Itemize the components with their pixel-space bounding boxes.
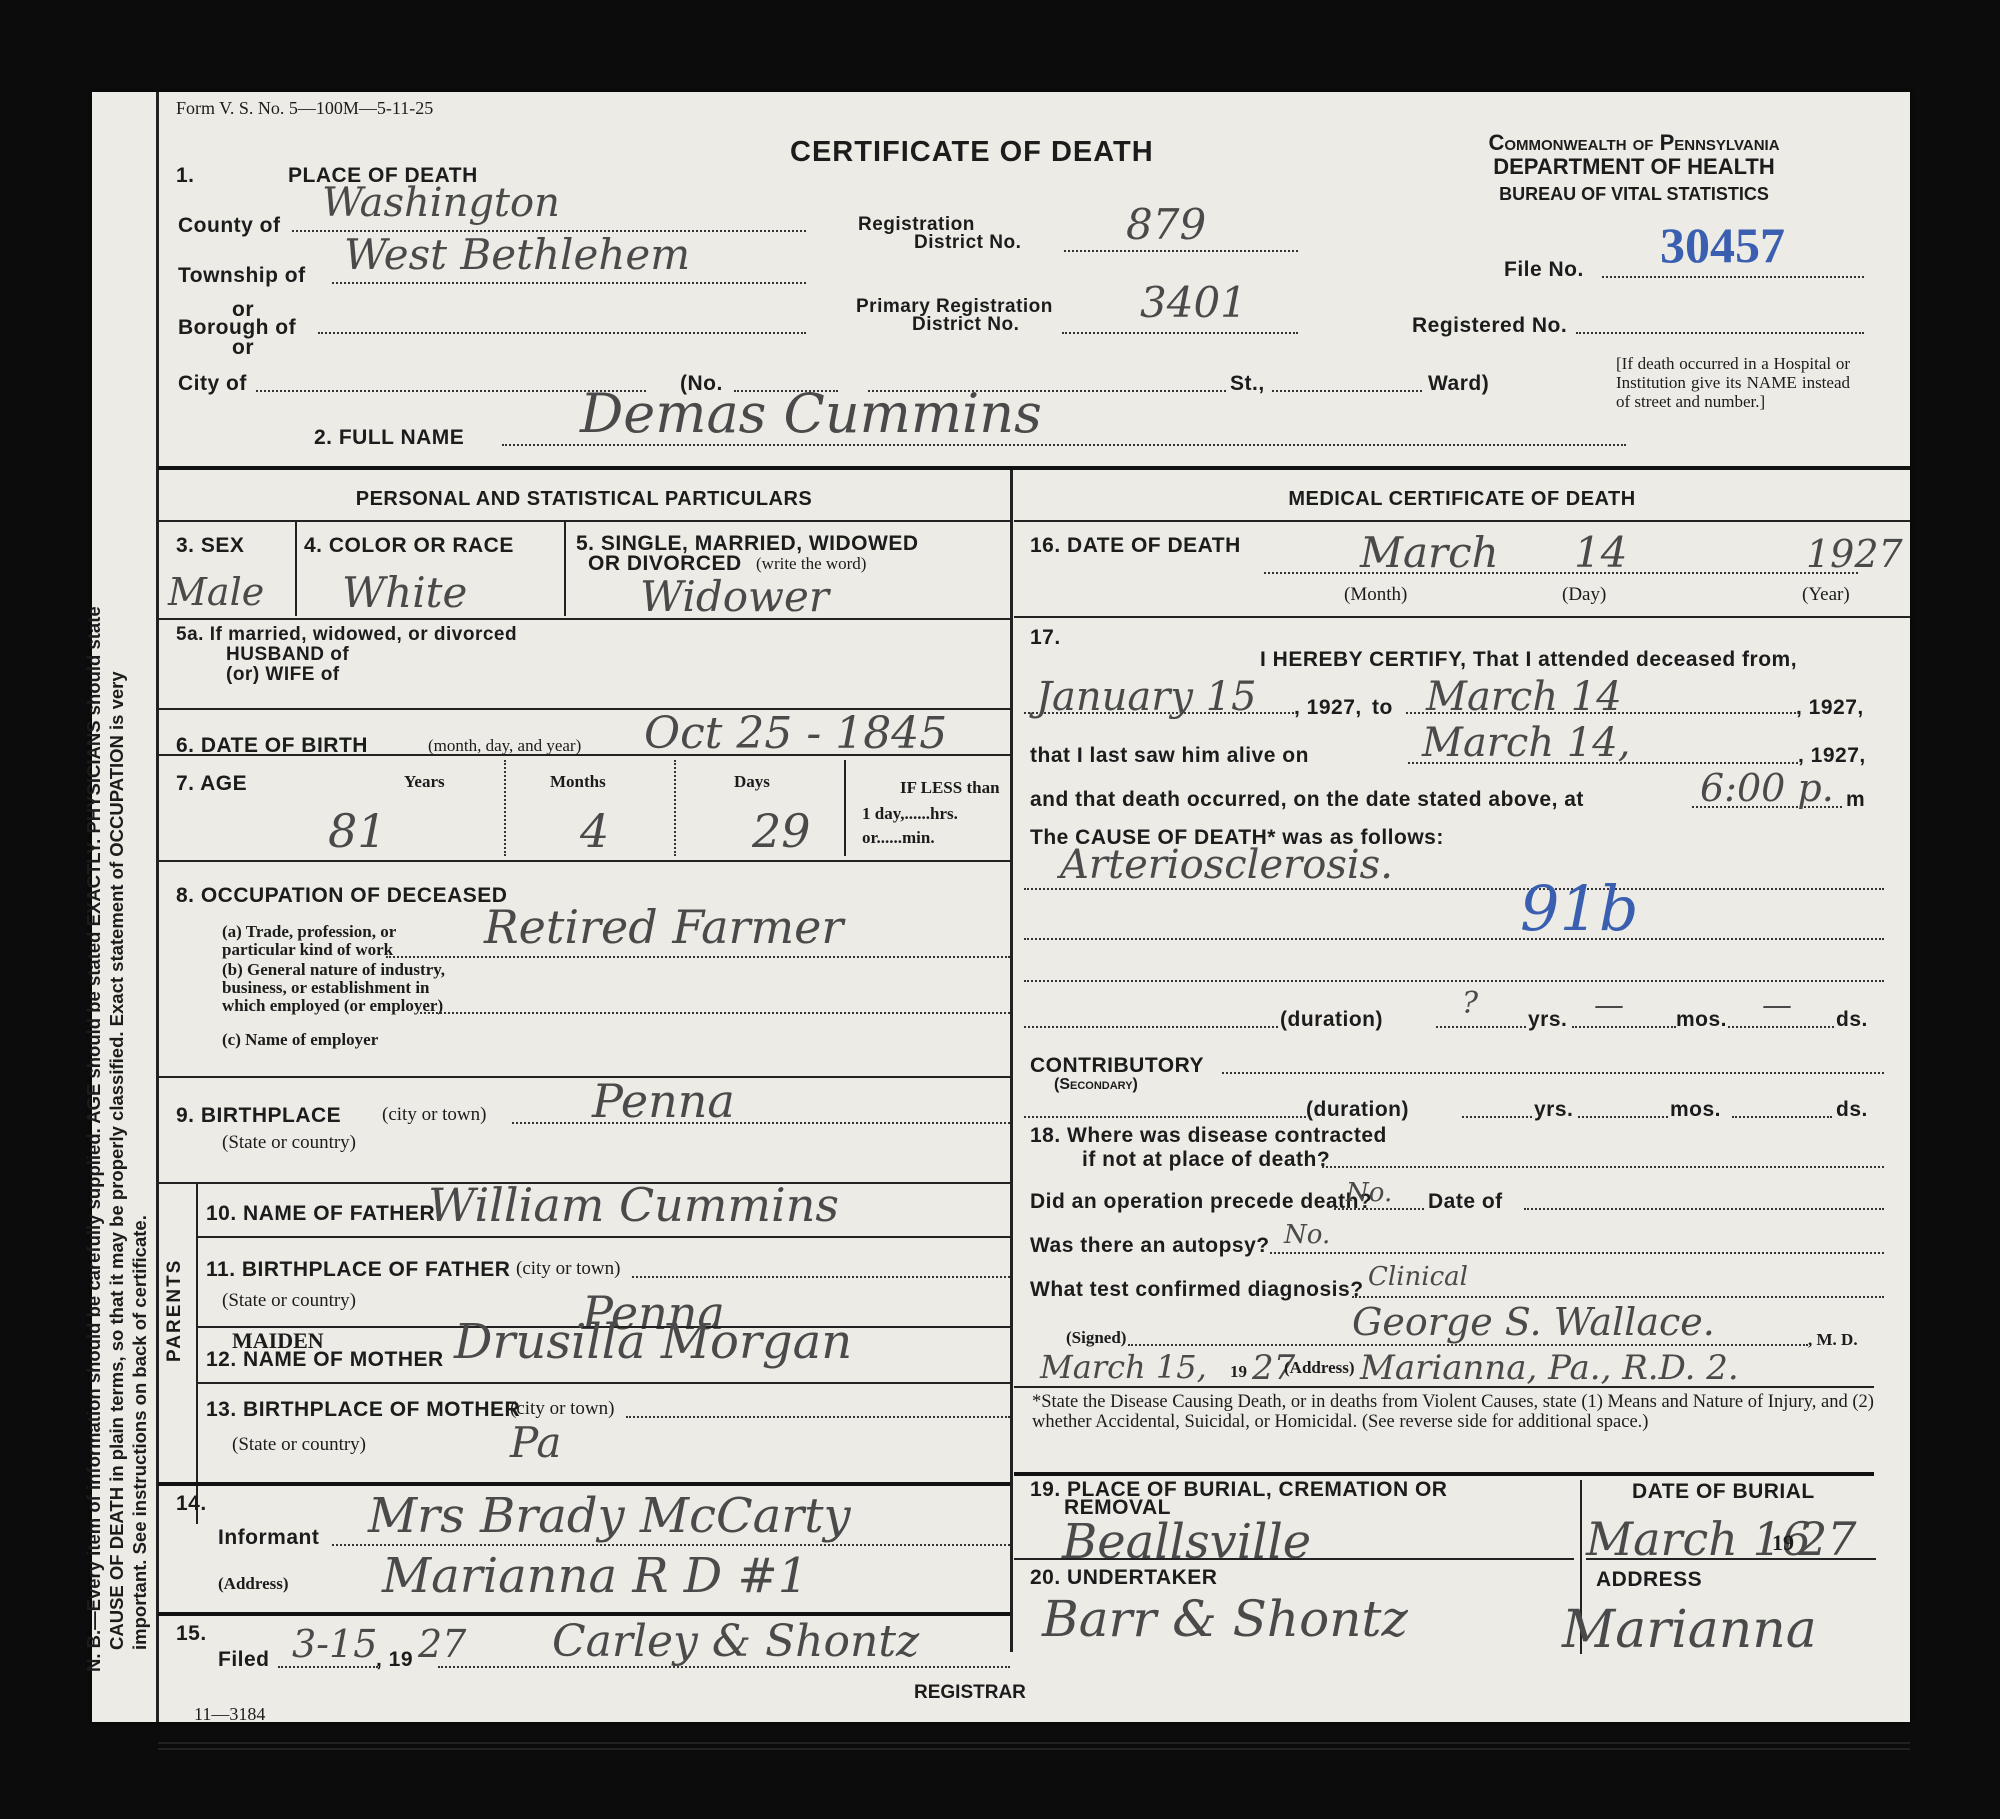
rule (158, 520, 1010, 522)
mother-label: 12. NAME OF MOTHER (206, 1348, 444, 1372)
physician-address-label: (Address) (1284, 1358, 1355, 1378)
county-value: Washington (322, 180, 560, 226)
birthplace-value: Penna (592, 1074, 735, 1128)
full-name-label: 2. FULL NAME (314, 426, 464, 450)
mother-bp-line (626, 1416, 1010, 1418)
autopsy-line (1270, 1252, 1884, 1254)
last-saw-year: , 1927, (1798, 744, 1866, 768)
cause-footnote: *State the Disease Causing Death, or in … (1032, 1392, 1878, 1432)
race-label: 4. COLOR OR RACE (304, 534, 514, 558)
street-label: St., (1230, 372, 1265, 396)
yrs-label: yrs. (1528, 1008, 1567, 1032)
md-label: , M. D. (1808, 1330, 1858, 1350)
less-label-1: IF LESS than (900, 778, 1000, 798)
duration-ds-line (1728, 1026, 1834, 1028)
ward-line (1272, 390, 1422, 392)
margin-note-line-1: N. B.—Every item of information should b… (82, 606, 105, 1672)
cause-of-death-value: Arteriosclerosis. (1060, 842, 1393, 888)
occ-a-label-2: particular kind of work (222, 940, 393, 960)
certify-text: I HEREBY CERTIFY, That I attended deceas… (1260, 648, 1797, 672)
operation-date-line (1524, 1208, 1884, 1210)
undertaker-address-label: ADDRESS (1596, 1568, 1702, 1592)
rule (158, 1742, 1910, 1744)
filed-year-prefix: , 19 (376, 1648, 413, 1672)
township-label: Township of (178, 264, 306, 288)
last-saw-value: March 14, (1422, 720, 1630, 766)
ds-label: ds. (1836, 1008, 1868, 1032)
mother-bp-value: Pa (510, 1418, 561, 1467)
sex-label: 3. SEX (176, 534, 244, 558)
diagnosis-test-label: What test confirmed diagnosis? (1030, 1278, 1364, 1302)
last-saw-label: that I last saw him alive on (1030, 744, 1309, 768)
age-months-label: Months (550, 772, 606, 792)
age-label: 7. AGE (176, 772, 247, 796)
duration-yrs-line (1436, 1026, 1526, 1028)
signature-line (1128, 1344, 1808, 1346)
diagnosis-test-value: Clinical (1368, 1262, 1468, 1292)
agency-line-1: Commonwealth of Pennsylvania (1414, 130, 1854, 156)
rule (158, 618, 1010, 620)
time-of-death-label: and that death occurred, on the date sta… (1030, 788, 1584, 812)
rule (1014, 616, 1910, 618)
undertaker-address-value: Marianna (1562, 1600, 1817, 1660)
father-bp-hint: (city or town) (516, 1258, 620, 1280)
birthplace-state-label: (State or country) (222, 1132, 356, 1154)
secondary-ds-line (1732, 1116, 1832, 1118)
birthplace-label: 9. BIRTHPLACE (176, 1104, 341, 1128)
contributory-label: CONTRIBUTORY (1030, 1054, 1204, 1078)
duration-mos-line (1572, 1026, 1676, 1028)
hospital-note: [If death occurred in a Hospital or Inst… (1616, 354, 1850, 411)
disease-contracted-label-1: 18. Where was disease contracted (1030, 1124, 1387, 1148)
agency-line-2: DEPARTMENT OF HEALTH (1414, 154, 1854, 180)
margin-instructions: N. B.—Every item of information should b… (82, 606, 151, 1672)
spouse-label-2: HUSBAND of (226, 644, 349, 666)
primary-reg-line (1062, 332, 1298, 334)
operation-label: Did an operation precede death? (1030, 1190, 1372, 1214)
mos-label: mos. (1676, 1008, 1727, 1032)
rule (196, 1382, 1010, 1384)
spouse-label-3: (or) WIFE of (226, 664, 340, 686)
agency-line-3: BUREAU OF VITAL STATISTICS (1414, 184, 1854, 205)
registered-no-line (1576, 332, 1864, 334)
mother-value: Drusilla Morgan (454, 1314, 852, 1370)
sign-date-value: March 15, (1040, 1348, 1207, 1386)
medical-section-title: MEDICAL CERTIFICATE OF DEATH (1014, 488, 1910, 511)
township-field-line (332, 282, 806, 284)
occ-b-label-3: which employed (or employer) (222, 996, 443, 1016)
burial-place-value: Beallsville (1062, 1514, 1311, 1570)
rule (1014, 1386, 1874, 1388)
race-value: White (342, 568, 467, 617)
operation-date-label: Date of (1428, 1190, 1503, 1214)
burial-date-label: DATE OF BURIAL (1632, 1480, 1815, 1504)
attended-to-year: , 1927, (1796, 696, 1864, 720)
rule (196, 1236, 1010, 1238)
cause-line-2 (1024, 938, 1884, 940)
margin-note-line-3: important. See instructions on back of c… (128, 606, 151, 1672)
secondary-yrs-label: yrs. (1534, 1098, 1573, 1122)
rule (295, 522, 297, 616)
operation-line (1334, 1208, 1424, 1210)
rule (504, 760, 506, 856)
occ-a-line (386, 956, 1010, 958)
occ-b-line (420, 1012, 1010, 1014)
filed-line (278, 1666, 378, 1668)
contributory-line (1222, 1072, 1884, 1074)
dod-year-value: 1927 (1806, 532, 1903, 576)
informant-address-label: (Address) (218, 1574, 289, 1594)
dob-value: Oct 25 - 1845 (644, 708, 947, 759)
informant-value: Mrs Brady McCarty (368, 1488, 851, 1544)
registrar-signature: Carley & Shontz (552, 1616, 919, 1667)
occ-a-label-1: (a) Trade, profession, or (222, 922, 396, 942)
autopsy-value: No. (1284, 1220, 1330, 1250)
file-no-label: File No. (1504, 258, 1584, 282)
undertaker-label: 20. UNDERTAKER (1030, 1566, 1217, 1590)
cause-line-3 (1024, 980, 1884, 982)
dod-label: 16. DATE OF DEATH (1030, 534, 1241, 558)
month-caption: (Month) (1344, 584, 1407, 606)
age-years-value: 81 (328, 804, 387, 858)
dod-day-value: 14 (1574, 528, 1627, 577)
section-rule-top (158, 466, 1910, 470)
parents-bracket (196, 1184, 198, 1524)
spouse-label-1: 5a. If married, widowed, or divorced (176, 624, 517, 646)
age-months-value: 4 (580, 804, 609, 858)
physician-address-value: Marianna, Pa., R.D. 2. (1360, 1348, 1739, 1388)
occ-b-label-1: (b) General nature of industry, (222, 960, 445, 980)
attended-to-value: March 14 (1426, 674, 1622, 720)
duration-yrs-value: ? (1462, 986, 1478, 1021)
rule (1014, 520, 1910, 522)
marital-value: Widower (640, 572, 829, 621)
secondary-duration-label: (duration) (1306, 1098, 1409, 1122)
secondary-duration-lead-line (1024, 1116, 1306, 1118)
rule (844, 760, 846, 856)
registered-no-label: Registered No. (1412, 314, 1567, 338)
undertaker-value: Barr & Shontz (1042, 1590, 1408, 1648)
city-label: City of (178, 372, 247, 396)
file-no-line (1602, 276, 1864, 278)
secondary-mos-line (1578, 1116, 1668, 1118)
occ-c-label: (c) Name of employer (222, 1030, 378, 1050)
time-suffix: m (1846, 788, 1865, 812)
full-name-value: Demas Cummins (580, 382, 1042, 445)
dod-month-value: March (1360, 528, 1499, 577)
informant-label: Informant (218, 1526, 319, 1550)
township-value: West Bethlehem (344, 230, 690, 279)
primary-reg-label-2: District No. (912, 314, 1019, 336)
occ-b-label-2: business, or establishment in (222, 978, 430, 998)
page-title: CERTIFICATE OF DEATH (790, 136, 1154, 169)
birthplace-line (512, 1122, 1010, 1124)
classification-code-mark: 91b (1520, 872, 1639, 945)
marital-hint: (write the word) (756, 554, 866, 574)
county-label: County of (178, 214, 280, 238)
column-divider (1010, 470, 1013, 1652)
rule (564, 522, 566, 616)
ward-label: Ward) (1428, 372, 1489, 396)
operation-value: No. (1346, 1178, 1392, 1208)
occupation-value: Retired Farmer (484, 900, 843, 954)
diagnosis-test-line (1352, 1296, 1884, 1298)
form-number: Form V. S. No. 5—100M—5-11-25 (176, 98, 433, 119)
rule (158, 754, 1010, 756)
autopsy-label: Was there an autopsy? (1030, 1234, 1270, 1258)
secondary-label: (Secondary) (1054, 1076, 1138, 1094)
or-label-2: or (232, 336, 254, 360)
signed-label: (Signed) (1066, 1328, 1126, 1348)
rule (1014, 1558, 1574, 1560)
rule (158, 860, 1010, 862)
year-caption: (Year) (1802, 584, 1850, 606)
age-years-label: Years (404, 772, 445, 792)
informant-line (332, 1544, 1010, 1546)
less-label-3: or......min. (862, 828, 935, 848)
secondary-mos-label: mos. (1670, 1098, 1721, 1122)
physician-signature: George S. Wallace. (1352, 1300, 1715, 1344)
attended-from-value: January 15 (1036, 674, 1257, 720)
duration-label: (duration) (1280, 1008, 1383, 1032)
mother-bp-state-label: (State or country) (232, 1434, 366, 1456)
registrar-label: REGISTRAR (914, 1682, 1026, 1704)
cause-line-1 (1024, 888, 1884, 890)
secondary-ds-label: ds. (1836, 1098, 1868, 1122)
secondary-yrs-line (1462, 1116, 1532, 1118)
duration-ds-value: — (1762, 988, 1792, 1023)
father-label: 10. NAME OF FATHER (206, 1202, 435, 1226)
father-value: William Cummins (428, 1178, 839, 1232)
margin-note-line-2: CAUSE OF DEATH in plain terms, so that i… (105, 606, 128, 1672)
filed-date-value: 3-15 (292, 1622, 377, 1666)
duration-lead-line (1024, 1026, 1278, 1028)
item-17-number: 17. (1030, 626, 1061, 650)
filed-label: Filed (218, 1648, 270, 1672)
day-caption: (Day) (1562, 584, 1606, 606)
attended-from-year: , 1927, (1294, 696, 1362, 720)
disease-contracted-line (1322, 1166, 1884, 1168)
sex-value: Male (168, 570, 264, 614)
mother-bp-hint: (city or town) (510, 1398, 614, 1420)
rule (158, 1076, 1010, 1078)
informant-address-value: Marianna R D #1 (382, 1548, 808, 1604)
filed-number: 15. (176, 1622, 207, 1646)
death-certificate: N. B.—Every item of information should b… (92, 92, 1910, 1722)
age-days-value: 29 (752, 804, 811, 858)
rule (1586, 1558, 1876, 1560)
borough-field-line (318, 332, 806, 334)
reg-district-label-2: District No. (914, 232, 1021, 254)
to-label: to (1372, 696, 1393, 720)
print-code: 11—3184 (194, 1704, 265, 1725)
informant-number: 14. (176, 1492, 207, 1516)
less-label-2: 1 day,......hrs. (862, 804, 958, 824)
margin-rule (156, 92, 159, 1722)
duration-mos-value: — (1594, 988, 1624, 1023)
father-bp-label: 11. BIRTHPLACE OF FATHER (206, 1258, 510, 1282)
reg-district-value: 879 (1126, 200, 1206, 249)
dod-line (1264, 572, 1858, 574)
age-days-label: Days (734, 772, 770, 792)
item-1-number: 1. (176, 164, 195, 188)
burial-year-prefix: 19 (1772, 1530, 1794, 1556)
rule (1014, 1472, 1874, 1476)
mother-bp-label: 13. BIRTHPLACE OF MOTHER (206, 1398, 520, 1422)
personal-section-title: PERSONAL AND STATISTICAL PARTICULARS (158, 488, 1010, 511)
time-of-death-value: 6:00 p. (1700, 766, 1834, 810)
rule (674, 760, 676, 856)
rule (158, 1482, 1010, 1486)
occupation-label: 8. OCCUPATION OF DECEASED (176, 884, 507, 908)
father-bp-line (632, 1276, 1010, 1278)
reg-district-line (1064, 250, 1298, 252)
rule (158, 1748, 1910, 1750)
file-no-stamp: 30457 (1660, 216, 1785, 274)
primary-reg-value: 3401 (1140, 278, 1247, 327)
disease-contracted-label-2: if not at place of death? (1082, 1148, 1330, 1172)
father-bp-state-label: (State or country) (222, 1290, 356, 1312)
filed-year-value: 27 (418, 1622, 466, 1666)
sign-year-prefix: 19 (1230, 1362, 1247, 1382)
dob-hint: (month, day, and year) (428, 736, 581, 756)
birthplace-hint: (city or town) (382, 1104, 486, 1126)
parents-side-label: PARENTS (164, 1259, 186, 1362)
